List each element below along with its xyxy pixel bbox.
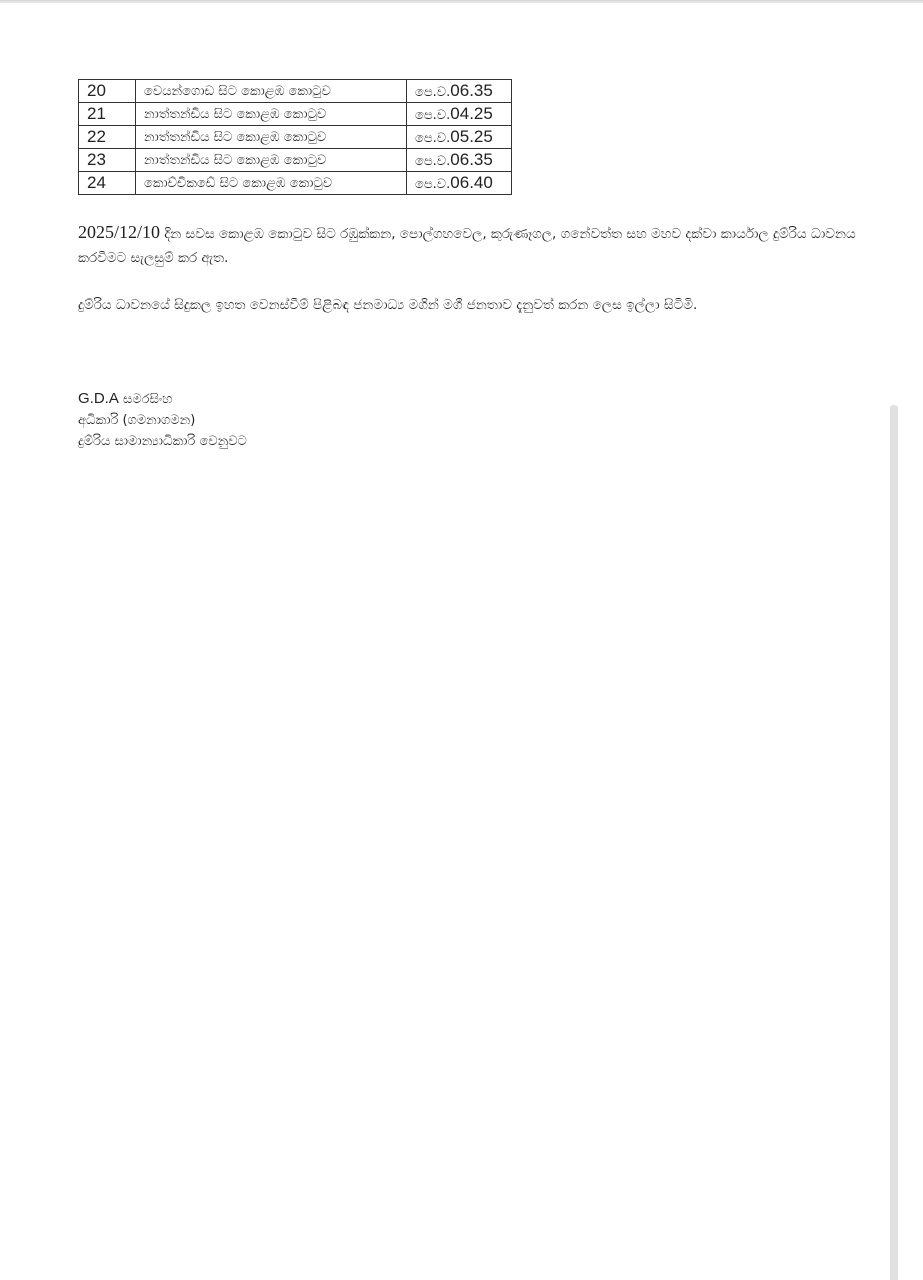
row-number: 22 xyxy=(79,126,136,149)
signature-block: G.D.A සමරසිංහ අධිකාරි (ගමනාගමන) දුම්රිය … xyxy=(78,388,247,452)
table-row: 20 වෙයන්ගොඩ සිට කොළඹ කොටුව පෙ.ව.06.35 xyxy=(79,80,512,103)
table-row: 22 නාත්තන්ඩිය සිට කොළඹ කොටුව පෙ.ව.05.25 xyxy=(79,126,512,149)
document-page: 20 වෙයන්ගොඩ සිට කොළඹ කොටුව පෙ.ව.06.35 21… xyxy=(0,0,885,1280)
train-schedule-table: 20 වෙයන්ගොඩ සිට කොළඹ කොටුව පෙ.ව.06.35 21… xyxy=(78,79,512,195)
row-number: 21 xyxy=(79,103,136,126)
notice-text: දින සවස කොළඹ කොටුව සිට රඹුක්කන, පොල්ගහවෙ… xyxy=(78,226,856,266)
time-value: 06.35 xyxy=(450,150,493,169)
time-cell: පෙ.ව.05.25 xyxy=(407,126,512,149)
notice-paragraph-schedule: 2025/12/10 දින සවස කොළඹ කොටුව සිට රඹුක්ක… xyxy=(78,220,878,270)
time-cell: පෙ.ව.06.40 xyxy=(407,172,512,195)
route-cell: කොච්චිකඩේ සිට කොළඹ කොටුව xyxy=(136,172,407,195)
time-value: 05.25 xyxy=(450,127,493,146)
time-prefix: පෙ.ව. xyxy=(415,154,450,169)
time-prefix: පෙ.ව. xyxy=(415,108,450,123)
row-number: 20 xyxy=(79,80,136,103)
signatory-on-behalf: දුම්රිය සාමාන්‍යාධිකාරි වෙනුවට xyxy=(78,431,247,452)
time-cell: පෙ.ව.06.35 xyxy=(407,80,512,103)
route-cell: නාත්තන්ඩිය සිට කොළඹ කොටුව xyxy=(136,103,407,126)
route-cell: නාත්තන්ඩිය සිට කොළඹ කොටුව xyxy=(136,149,407,172)
route-cell: වෙයන්ගොඩ සිට කොළඹ කොටුව xyxy=(136,80,407,103)
time-value: 06.40 xyxy=(450,173,493,192)
time-cell: පෙ.ව.06.35 xyxy=(407,149,512,172)
time-prefix: පෙ.ව. xyxy=(415,131,450,146)
route-cell: නාත්තන්ඩිය සිට කොළඹ කොටුව xyxy=(136,126,407,149)
row-number: 24 xyxy=(79,172,136,195)
time-value: 06.35 xyxy=(450,81,493,100)
scrollbar-thumb[interactable] xyxy=(890,405,898,1280)
signatory-title: අධිකාරි (ගමනාගමන) xyxy=(78,410,247,431)
time-prefix: පෙ.ව. xyxy=(415,177,450,192)
signatory-surname: සමරසිංහ xyxy=(119,392,173,407)
table-row: 21 නාත්තන්ඩිය සිට කොළඹ කොටුව පෙ.ව.04.25 xyxy=(79,103,512,126)
time-cell: පෙ.ව.04.25 xyxy=(407,103,512,126)
row-number: 23 xyxy=(79,149,136,172)
time-prefix: පෙ.ව. xyxy=(415,85,450,100)
notice-date: 2025/12/10 xyxy=(78,222,160,242)
table-row: 24 කොච්චිකඩේ සිට කොළඹ කොටුව පෙ.ව.06.40 xyxy=(79,172,512,195)
time-value: 04.25 xyxy=(450,104,493,123)
signatory-initials: G.D.A xyxy=(78,390,119,407)
signatory-name: G.D.A සමරසිංහ xyxy=(78,388,247,410)
table-row: 23 නාත්තන්ඩිය සිට කොළඹ කොටුව පෙ.ව.06.35 xyxy=(79,149,512,172)
notice-paragraph-media-request: දුම්රිය ධාවනයේ සිදුකල ඉහත වෙනස්වීම් පිළි… xyxy=(78,293,878,317)
